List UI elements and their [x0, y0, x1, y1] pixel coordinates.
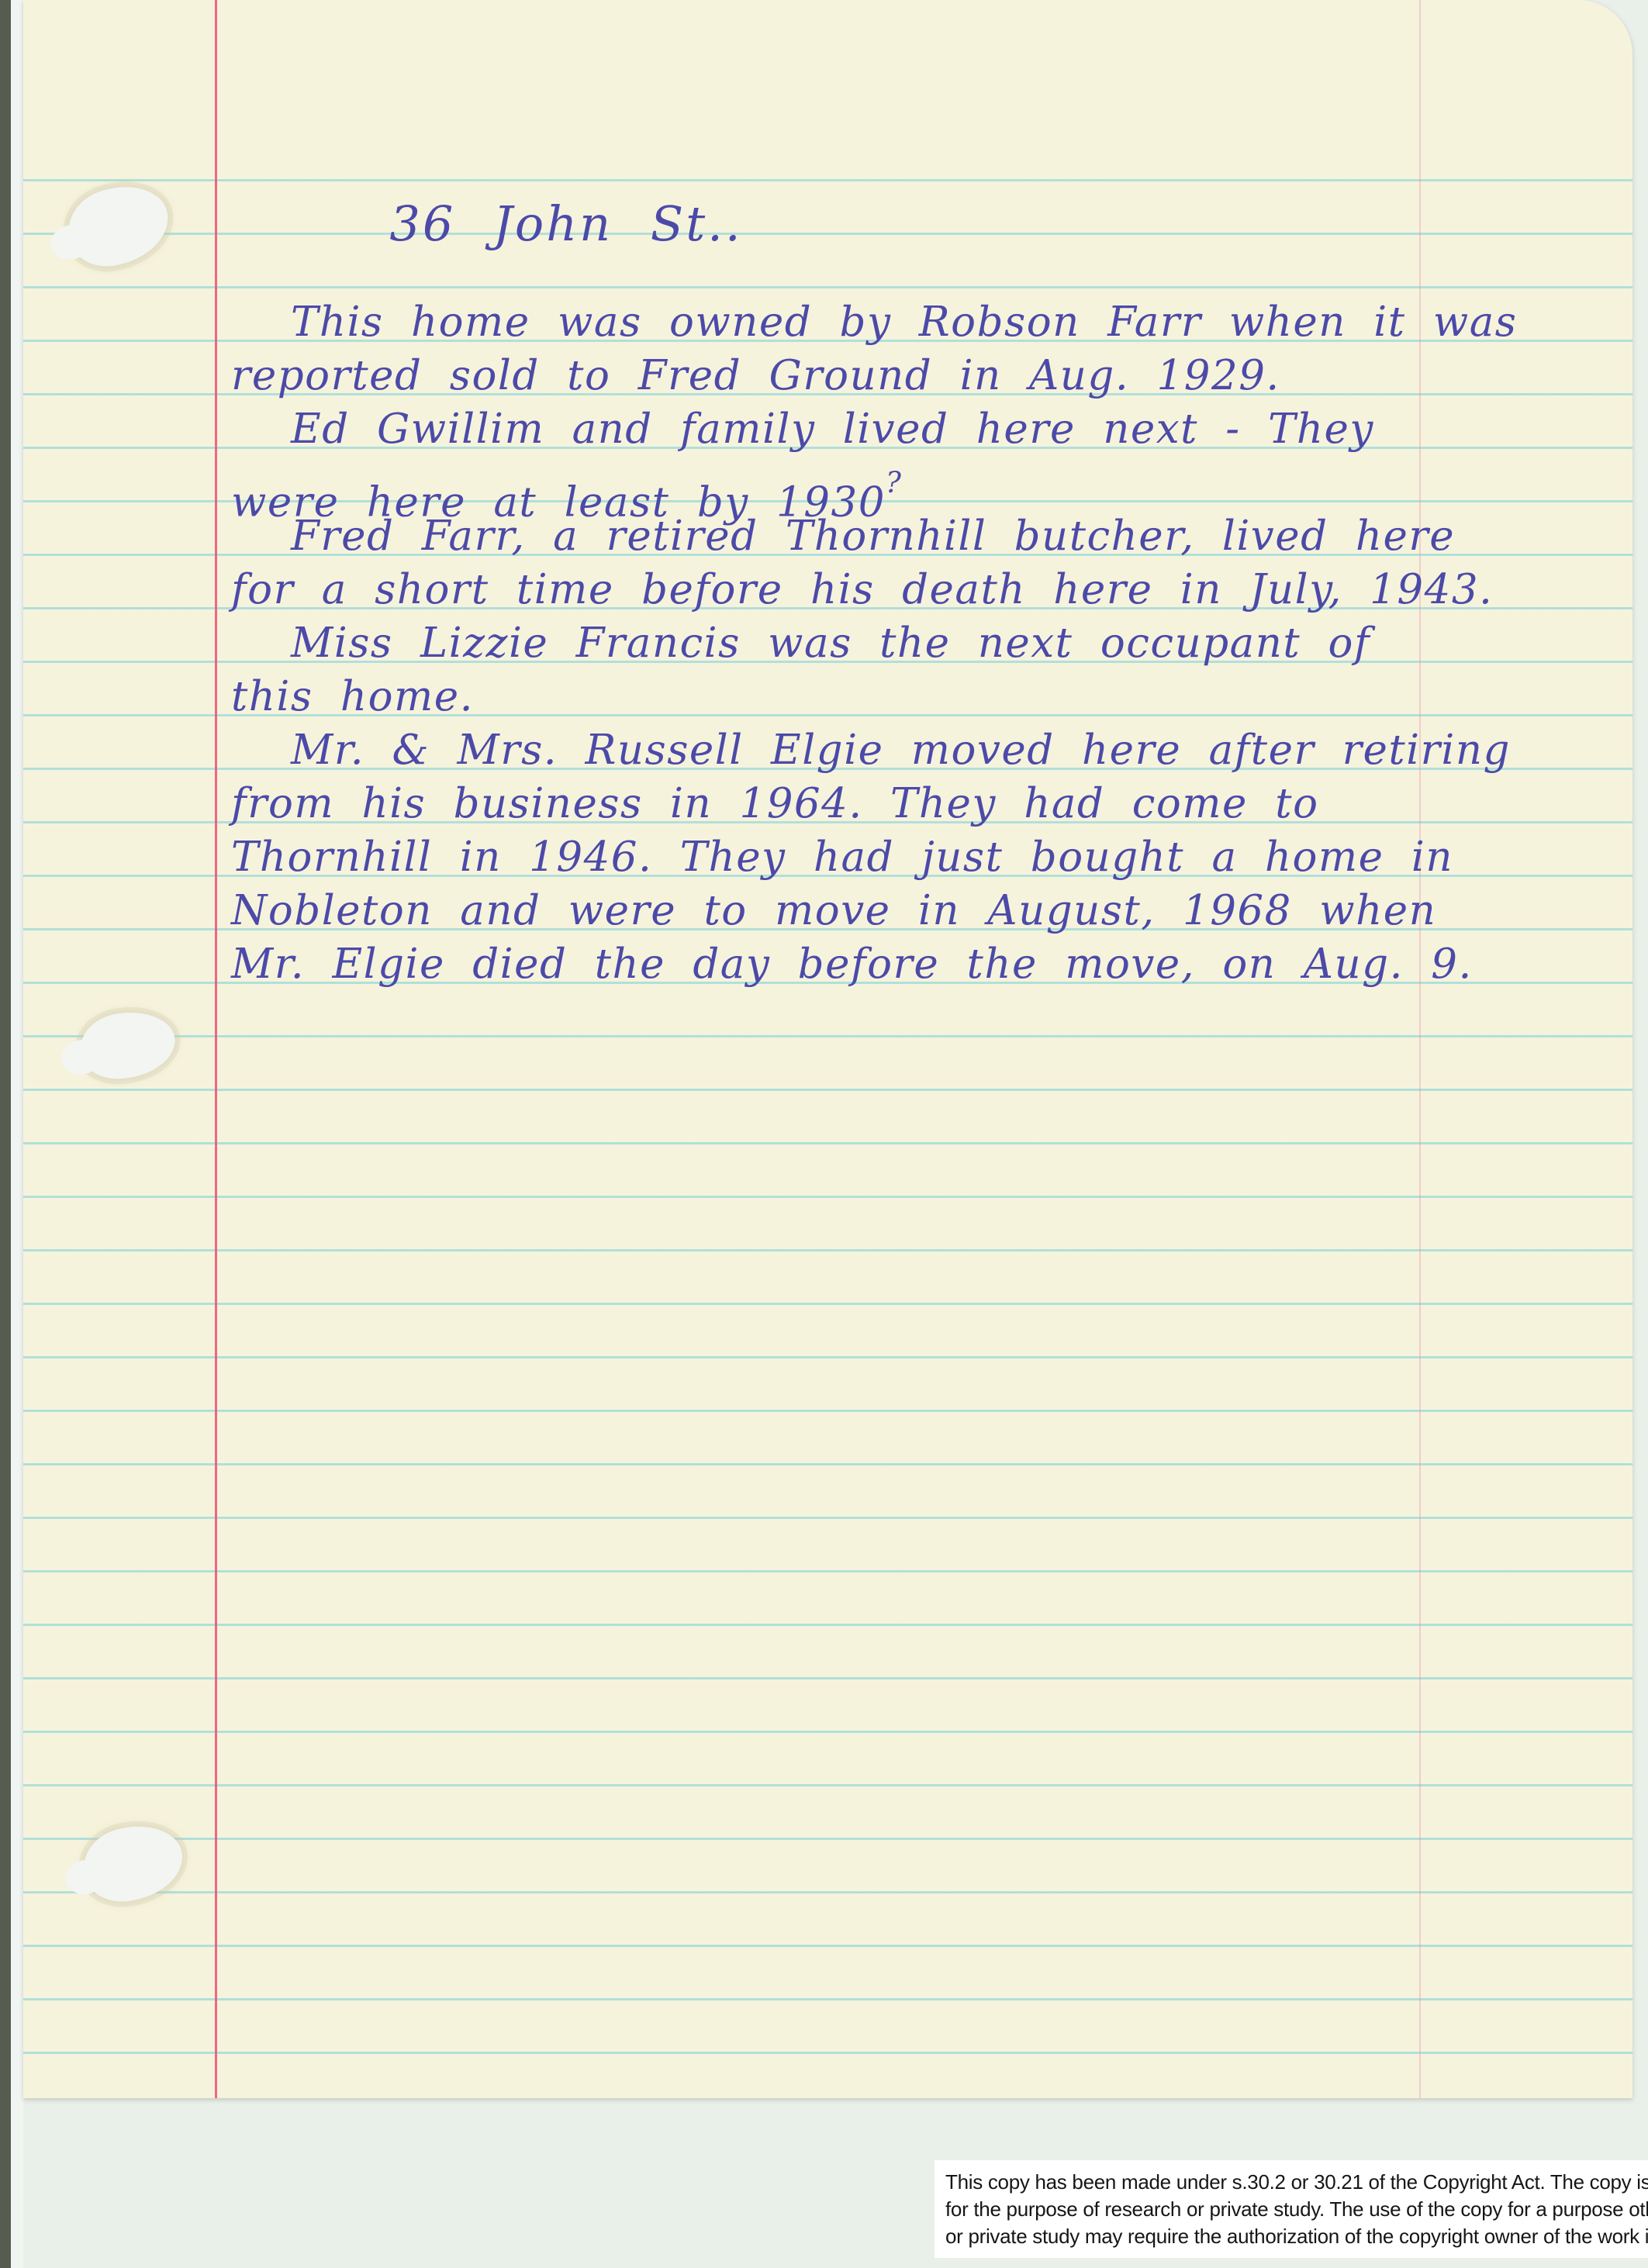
left-margin-line: [215, 0, 217, 2098]
lined-paper-sheet: 36 John St.. This home was owned by Robs…: [23, 0, 1632, 2098]
scanned-document: 36 John St.. This home was owned by Robs…: [0, 0, 1648, 2268]
copyright-stamp: This copy has been made under s.30.2 or …: [935, 2160, 1648, 2258]
right-margin-line: [1419, 0, 1421, 2098]
scanner-edge-highlight: [11, 0, 23, 2268]
stamp-line: for the purpose of research or private s…: [945, 2196, 1648, 2223]
stamp-line: or private study may require the authori…: [945, 2223, 1648, 2250]
ruled-lines: [23, 179, 1632, 2056]
scanner-edge-strip: [0, 0, 11, 2268]
stamp-line: This copy has been made under s.30.2 or …: [945, 2169, 1648, 2196]
